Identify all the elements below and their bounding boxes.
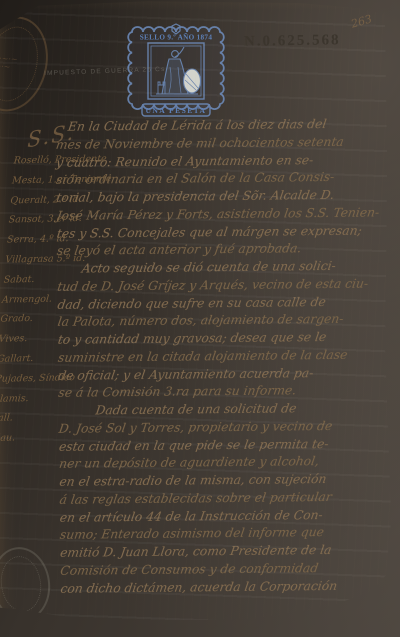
- dry-seal-inner-ring: [0, 553, 45, 614]
- scanned-photo: ~·~·~·~·~: [0, 0, 400, 637]
- attendee-name: Gallart.: [0, 348, 58, 369]
- attendee-name: Vall.: [0, 408, 53, 429]
- attendee-name: Alau.: [0, 428, 51, 449]
- attendee-name: Pujades, Síndico: [0, 368, 56, 389]
- official-round-stamp-icon: ~·~·~·~·~: [0, 9, 58, 119]
- attendee-name: Armengol.: [1, 289, 63, 310]
- serial-number: N.0.625.568: [244, 32, 341, 51]
- embossed-dry-seal-icon: [0, 543, 55, 624]
- stamp-bottom-label: UNA PESETA: [146, 106, 207, 115]
- manuscript-page: ~·~·~·~·~: [0, 0, 400, 637]
- round-stamp-illegible-text: ~·~·~·~·~: [0, 54, 29, 82]
- attendee-name: Sabat.: [3, 269, 65, 290]
- manuscript-line: con dicho dictámen, acuerda la Corporaci…: [59, 577, 400, 598]
- folio-page-number: 263: [350, 12, 374, 30]
- stamp-top-label: SELLO 9.º AÑO 1874: [140, 33, 213, 42]
- attendee-name: Vives.: [0, 329, 59, 350]
- manuscript-body: En la Ciudad de Lérida á los diez dias d…: [55, 115, 398, 598]
- attendee-name: Llamis.: [0, 388, 54, 409]
- attendee-name: Grado.: [0, 309, 61, 330]
